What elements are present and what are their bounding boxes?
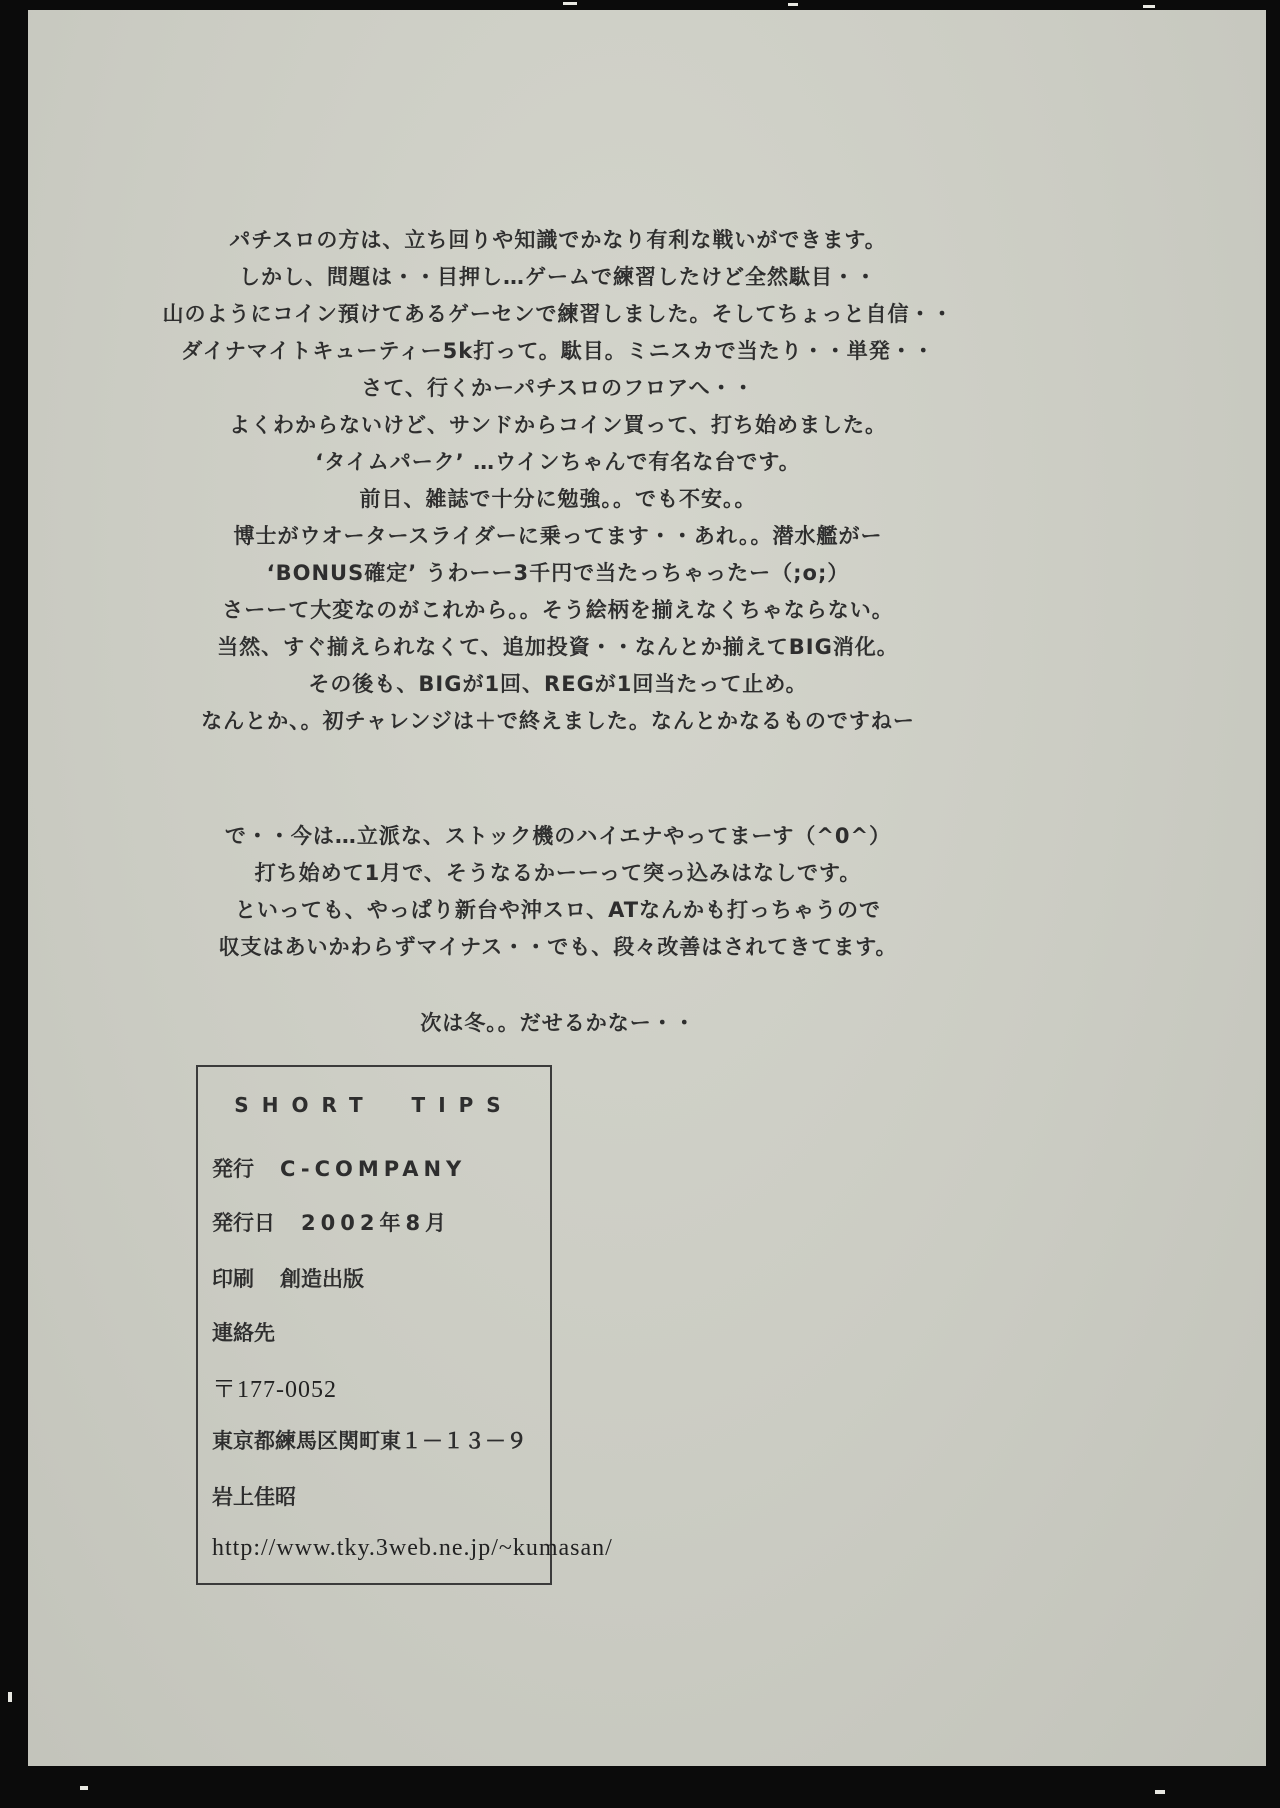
publisher-label: 発行 — [212, 1157, 254, 1181]
paragraph-2: で・・今は…立派な、ストック機のハイエナやってまーす（^0^） 打ち始めて1月で… — [28, 818, 1088, 966]
scan-artifact — [80, 1786, 88, 1790]
scanned-page: パチスロの方は、立ち回りや知識でかなり有利な戦いができます。 しかし、問題は・・… — [0, 0, 1280, 1808]
scan-artifact — [1143, 5, 1155, 8]
publisher-value: C-COMPANY — [280, 1157, 466, 1181]
body-text-line: さーーて大変なのがこれから。。そう絵柄を揃えなくちゃならない。 — [28, 592, 1088, 629]
website-url: http://www.tky.3web.ne.jp/~kumasan/ — [212, 1535, 613, 1562]
body-text-line: その後も、BIGが1回、REGが1回当たって止め。 — [28, 666, 1088, 703]
scan-artifact — [563, 2, 577, 5]
body-text-line: 前日、雑誌で十分に勉強。。でも不安。。 — [28, 481, 1088, 518]
body-text-line: で・・今は…立派な、ストック機のハイエナやってまーす（^0^） — [28, 818, 1088, 855]
body-text-line: ‘BONUS確定’ うわーー3千円で当たっちゃったー（;o;） — [28, 555, 1088, 592]
body-text-line: 収支はあいかわらずマイナス・・でも、段々改善はされてきてます。 — [28, 929, 1088, 966]
body-text-line: といっても、やっぱり新台や沖スロ、ATなんかも打っちゃうので — [28, 892, 1088, 929]
colophon-title: SHORT TIPS — [198, 1093, 550, 1117]
body-text-line: よくわからないけど、サンドからコイン買って、打ち始めました。 — [28, 407, 1088, 444]
body-text-line: 当然、すぐ揃えられなくて、追加投資・・なんとか揃えてBIG消化。 — [28, 629, 1088, 666]
body-text-line: ダイナマイトキューティー5k打って。駄目。ミニスカで当たり・・単発・・ — [28, 333, 1088, 370]
closing-line: 次は冬。。だせるかなー・・ — [28, 1005, 1088, 1042]
publish-date-label: 発行日 — [212, 1211, 275, 1235]
body-text-line: さて、行くかーパチスロのフロアへ・・ — [28, 370, 1088, 407]
scan-artifact — [8, 1692, 12, 1702]
scan-artifact — [788, 3, 798, 6]
paragraph-1: パチスロの方は、立ち回りや知識でかなり有利な戦いができます。 しかし、問題は・・… — [28, 222, 1088, 740]
author-name: 岩上佳昭 — [212, 1481, 296, 1511]
publish-date-row: 発行日2002年8月 — [212, 1207, 451, 1237]
contact-row: 連絡先 — [212, 1317, 275, 1347]
body-text-line: しかし、問題は・・目押し…ゲームで練習したけど全然駄目・・ — [28, 259, 1088, 296]
scan-artifact — [1155, 1790, 1165, 1794]
postal-code: 〒177-0052 — [212, 1369, 337, 1404]
body-text-line: 山のようにコイン預けてあるゲーセンで練習しました。そしてちょっと自信・・ — [28, 296, 1088, 333]
body-text-line: ‘タイムパーク’ …ウインちゃんで有名な台です。 — [28, 444, 1088, 481]
colophon-box: SHORT TIPS 発行C-COMPANY 発行日2002年8月 印刷創造出版… — [196, 1065, 552, 1585]
publisher-row: 発行C-COMPANY — [212, 1153, 466, 1183]
body-text-line: 博士がウオータースライダーに乗ってます・・あれ。。潜水艦がー — [28, 518, 1088, 555]
printer-row: 印刷創造出版 — [212, 1263, 364, 1293]
paper: パチスロの方は、立ち回りや知識でかなり有利な戦いができます。 しかし、問題は・・… — [28, 10, 1266, 1766]
body-text-line: なんとか、。初チャレンジは＋で終えました。なんとかなるものですねー — [28, 703, 1088, 740]
body-text-line: 次は冬。。だせるかなー・・ — [28, 1005, 1088, 1042]
printer-value: 創造出版 — [280, 1267, 364, 1291]
body-text-line: 打ち始めて1月で、そうなるかーーって突っ込みはなしです。 — [28, 855, 1088, 892]
address: 東京都練馬区関町東１－１３－９ — [212, 1425, 527, 1455]
publish-date-value: 2002年8月 — [301, 1211, 451, 1235]
contact-label: 連絡先 — [212, 1321, 275, 1345]
printer-label: 印刷 — [212, 1267, 254, 1291]
body-text-line: パチスロの方は、立ち回りや知識でかなり有利な戦いができます。 — [28, 222, 1088, 259]
